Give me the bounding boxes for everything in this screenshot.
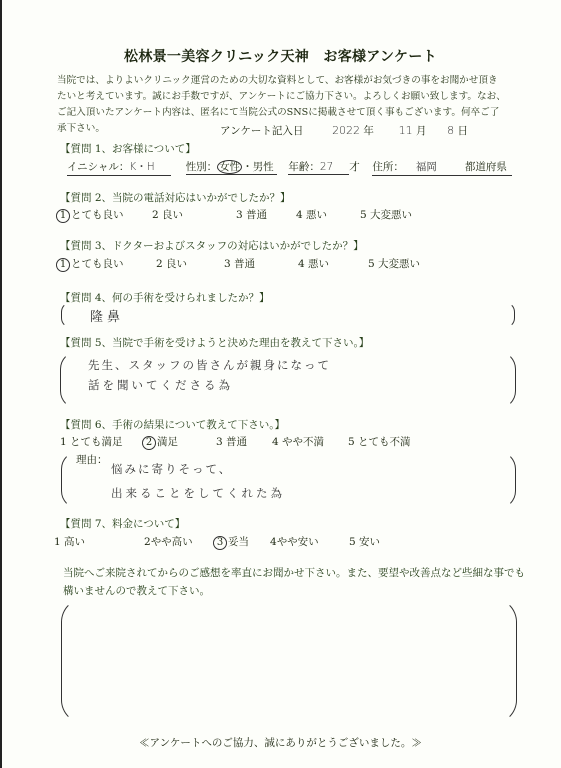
- q3-heading: 【質問 3、ドクターおよびスタッフの対応はいかがでしたか？】: [60, 238, 364, 253]
- q3-option-3[interactable]: 3 普通: [224, 256, 255, 271]
- q7-option-3[interactable]: 3妥当: [213, 534, 249, 550]
- q5-answer-line-1: 先生、スタッフの皆さんが親身になって: [88, 357, 331, 373]
- q1-row: イニシャル：K・H 性別：女性・男性 年齢：27 才 住所：福岡都道府県: [67, 159, 512, 176]
- q6-option-5[interactable]: 5 とても不満: [348, 434, 411, 449]
- age-value: 27: [320, 161, 346, 173]
- day-unit: 日: [457, 125, 468, 137]
- gender-male-option[interactable]: 男性: [253, 161, 274, 173]
- gender-female-option[interactable]: 女性: [217, 160, 242, 174]
- q6-option-3[interactable]: 3 普通: [216, 434, 247, 449]
- footer-thanks: ≪アンケートへのご協力、誠にありがとうございました。≫: [0, 735, 561, 750]
- q3-option-1[interactable]: 1とても良い: [56, 256, 124, 272]
- q6-option-4[interactable]: 4 やや不満: [272, 434, 324, 449]
- q7-heading: 【質問 7、料金について】: [60, 516, 185, 531]
- address-field[interactable]: 住所：福岡都道府県: [372, 159, 512, 176]
- address-value: 福岡: [416, 161, 437, 173]
- q3-option-4[interactable]: 4 悪い: [298, 256, 329, 271]
- date-label: アンケート記入日: [220, 125, 303, 137]
- gender-field[interactable]: 性別：女性・男性: [186, 161, 277, 175]
- q6-heading: 【質問 6、手術の結果について教えて下さい。】: [60, 417, 285, 432]
- q2-option-4[interactable]: 4 悪い: [296, 207, 327, 222]
- q6-reason-line-1: 悩みに寄りそって、: [111, 461, 232, 477]
- comments-prompt-line-2: 構いませんので教えて下さい。: [63, 583, 210, 598]
- q7-option-5[interactable]: 5 安い: [349, 534, 380, 549]
- year-unit: 年: [363, 125, 374, 137]
- comments-answer-box[interactable]: [61, 598, 517, 724]
- q2-option-1[interactable]: 1とても良い: [56, 207, 124, 223]
- q5-heading: 【質問 5、当院で手術を受けようと決めた理由を教えて下さい。】: [60, 335, 369, 350]
- q2-option-2[interactable]: 2 良い: [152, 207, 183, 222]
- month-unit: 月: [416, 125, 427, 137]
- q6-reason-line-2: 出来ることをしてくれた為: [111, 485, 285, 501]
- age-field[interactable]: 年齢：27: [288, 161, 349, 175]
- initial-value: K・H: [129, 161, 154, 173]
- date-month[interactable]: 11: [399, 124, 413, 137]
- scan-edge: [0, 0, 2, 768]
- date-day[interactable]: 8: [447, 124, 454, 137]
- q4-answer-box[interactable]: [61, 302, 515, 328]
- comments-prompt-line-1: 当院へご来院されてからのご感想を率直にお聞かせ下さい。また、要望や改善点など些細…: [63, 565, 525, 580]
- q5-answer-line-2: 話を聞いてくださる為: [88, 377, 233, 393]
- q4-answer: 隆鼻: [90, 306, 124, 325]
- q6-option-2[interactable]: 2満足: [142, 434, 178, 450]
- survey-title: 松林景一美容クリニック天神 お客様アンケート: [0, 46, 561, 66]
- date-year[interactable]: 2022: [332, 124, 360, 137]
- q6-option-1[interactable]: 1 とても満足: [60, 434, 123, 449]
- q7-option-4[interactable]: 4やや安い: [270, 534, 319, 549]
- q2-option-5[interactable]: 5 大変悪い: [360, 207, 412, 222]
- q2-option-3[interactable]: 3 普通: [236, 207, 267, 222]
- initial-field[interactable]: イニシャル：K・H: [67, 159, 171, 176]
- q6-reason-label: 理由：: [76, 452, 108, 467]
- q3-option-5[interactable]: 5 大変悪い: [368, 256, 420, 271]
- q2-heading: 【質問 2、当院の電話対応はいかがでしたか？】: [60, 190, 291, 205]
- q7-option-2[interactable]: 2やや高い: [144, 534, 193, 549]
- date-row: アンケート記入日 2022 年 11 月 8 日: [220, 123, 468, 138]
- q7-option-1[interactable]: 1 高い: [54, 534, 85, 549]
- q1-heading: 【質問 1、お客様について】: [60, 141, 196, 156]
- q3-option-2[interactable]: 2 良い: [156, 256, 187, 271]
